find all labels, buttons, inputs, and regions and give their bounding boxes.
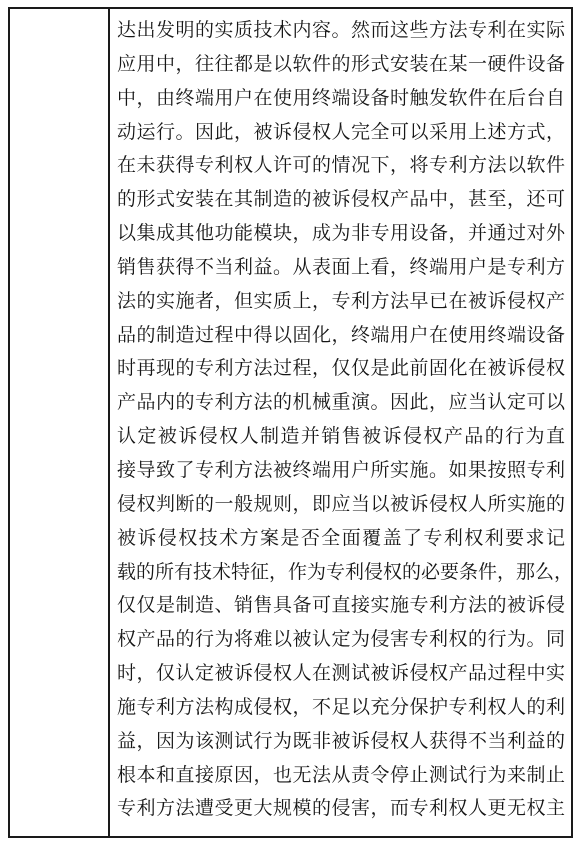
text-line: 达出发明的实质技术内容。然而这些方法专利在实际 <box>117 14 565 48</box>
text-line: 在未获得专利权人许可的情况下，将专利方法以软件 <box>117 149 565 183</box>
text-line: 仅仅是制造、销售具备可直接实施专利方法的被诉侵 <box>117 589 565 623</box>
text-line: 权产品的行为将难以被认定为侵害专利权的行为。同 <box>117 623 565 657</box>
text-line: 应用中，往往都是以软件的形式安装在某一硬件设备 <box>117 48 565 82</box>
text-line: 中，由终端用户在使用终端设备时触发软件在后台自 <box>117 82 565 116</box>
text-line: 认定被诉侵权人制造并销售被诉侵权产品的行为直 <box>117 420 565 454</box>
text-line: 产品内的专利方法的机械重演。因此，应当认定可以 <box>117 386 565 420</box>
text-line: 施专利方法构成侵权，不足以充分保护专利权人的利 <box>117 691 565 725</box>
paragraph-text: 达出发明的实质技术内容。然而这些方法专利在实际应用中，往往都是以软件的形式安装在… <box>117 14 565 826</box>
text-line: 接导致了专利方法被终端用户所实施。如果按照专利 <box>117 454 565 488</box>
text-line: 被诉侵权技术方案是否全面覆盖了专利权利要求记 <box>117 522 565 556</box>
text-line: 根本和直接原因，也无法从责令停止测试行为来制止 <box>117 759 565 793</box>
document-table: 达出发明的实质技术内容。然而这些方法专利在实际应用中，往往都是以软件的形式安装在… <box>8 7 573 838</box>
text-line: 载的所有技术特征，作为专利侵权的必要条件，那么， <box>117 556 565 590</box>
table-cell-right: 达出发明的实质技术内容。然而这些方法专利在实际应用中，往往都是以软件的形式安装在… <box>110 9 571 836</box>
text-line: 动运行。因此，被诉侵权人完全可以采用上述方式， <box>117 116 565 150</box>
text-line: 益，因为该测试行为既非被诉侵权人获得不当利益的 <box>117 725 565 759</box>
text-line: 销售获得不当利益。从表面上看，终端用户是专利方 <box>117 251 565 285</box>
text-line: 时再现的专利方法过程，仅仅是此前固化在被诉侵权 <box>117 352 565 386</box>
text-line: 侵权判断的一般规则，即应当以被诉侵权人所实施的 <box>117 488 565 522</box>
text-line: 的形式安装在其制造的被诉侵权产品中，甚至，还可 <box>117 183 565 217</box>
table-cell-left <box>10 9 110 836</box>
text-line: 时，仅认定被诉侵权人在测试被诉侵权产品过程中实 <box>117 657 565 691</box>
text-line: 法的实施者，但实质上，专利方法早已在被诉侵权产 <box>117 285 565 319</box>
text-line: 专利方法遭受更大规模的侵害，而专利权人更无权主 <box>117 792 565 826</box>
text-line: 以集成其他功能模块，成为非专用设备，并通过对外 <box>117 217 565 251</box>
text-line: 品的制造过程中得以固化，终端用户在使用终端设备 <box>117 319 565 353</box>
